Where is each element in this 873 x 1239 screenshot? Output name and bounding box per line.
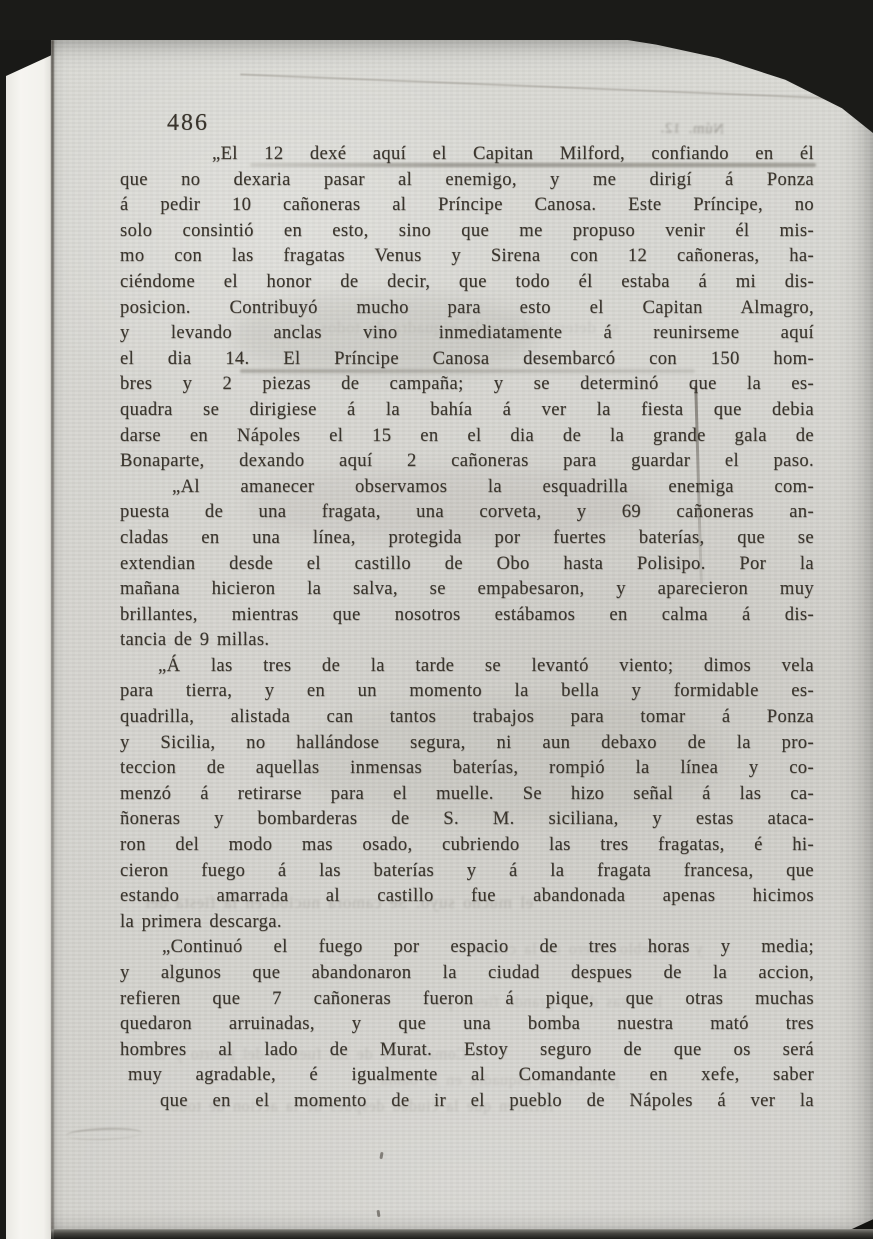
- text-line: y algunos que abandonaron la ciudad desp…: [120, 960, 814, 986]
- ghost-bleedthrough-text: para ver la esquadra en la bahía: [380, 1072, 619, 1090]
- text-line: solo consintió en esto, sino que me prop…: [120, 218, 814, 244]
- text-line: puesta de una fragata, una corveta, y 69…: [120, 499, 814, 525]
- text-line: para tierra, y en un momento la bella y …: [120, 678, 814, 704]
- ghost-bleedthrough-text: y el pueblo entero de la ciudad: [470, 941, 703, 959]
- text-line: ñoneras y bombarderas de S. M. siciliana…: [120, 806, 814, 832]
- page-number: 486: [167, 110, 209, 137]
- ghost-bleedthrough-text: refieren que la ciudad despues de la acc…: [170, 1098, 553, 1116]
- text-line: posicion. Contribuyó mucho para esto el …: [120, 295, 814, 321]
- page-stack-edge: [6, 54, 54, 1239]
- text-line: Bonaparte, dexando aquí 2 cañoneras para…: [120, 448, 814, 474]
- text-line: „Á las tres de la tarde se levantó vient…: [158, 653, 814, 679]
- ghost-bleedthrough-text: el mucho suyo. Se camora nucibo en la fi…: [145, 893, 533, 913]
- text-line: bres y 2 piezas de campaña; y se determi…: [120, 371, 814, 397]
- text-line: el dia 14. El Príncipe Canosa desembarcó…: [120, 346, 814, 372]
- scanner-background-top: [0, 0, 873, 40]
- ghost-bleedthrough-text: Núm. 12.: [660, 120, 724, 138]
- page-seam-line: [51, 40, 54, 1230]
- text-line: cladas en una línea, protegida por fuert…: [120, 525, 814, 551]
- text-line: tancia de 9 millas.: [120, 627, 814, 653]
- text-line: quadrilla, alistada can tantos trabajos …: [120, 704, 814, 730]
- scanned-book-page: 486 „El 12 dexé aquí el Capitan Milford,…: [0, 0, 873, 1239]
- text-line: brillantes, mientras que nosotros estába…: [120, 602, 814, 628]
- text-line: extendian desde el castillo de Obo hasta…: [120, 551, 814, 577]
- text-line: teccion de aquellas inmensas baterías, r…: [120, 755, 814, 781]
- text-line: darse en Nápoles el 15 en el dia de la g…: [120, 423, 814, 449]
- text-line: á pedir 10 cañoneras al Príncipe Canosa.…: [120, 192, 814, 218]
- text-line: quadra se dirigiese á la bahía á ver la …: [120, 397, 814, 423]
- text-line: ron del modo mas osado, cubriendo las tr…: [120, 832, 814, 858]
- text-line: cieron fuego á las baterías y á la fraga…: [120, 858, 814, 884]
- text-block: „El 12 dexé aquí el Capitan Milford, con…: [120, 141, 814, 1114]
- ghost-bleedthrough-text: se determinó que la esquadra de todos: [320, 318, 619, 338]
- ghost-bleedthrough-text: los dias de la grande fiesta por: [430, 994, 662, 1012]
- text-line: ciéndome el honor de decir, que todo él …: [120, 269, 814, 295]
- text-line: mañana hicieron la salva, se empabesaron…: [120, 576, 814, 602]
- text-line: y Sicilia, no hallándose segura, ni aun …: [120, 730, 814, 756]
- ghost-bleedthrough-text: el Comandante de las fuerzas del puerto …: [150, 1046, 487, 1064]
- page-bottom-edge-shadow: [51, 1229, 873, 1239]
- text-line: „El 12 dexé aquí el Capitan Milford, con…: [212, 141, 814, 167]
- text-line: mo con las fragatas Venus y Sirena con 1…: [120, 243, 814, 269]
- text-line: que no dexaria pasar al enemigo, y me di…: [120, 167, 814, 193]
- text-line: quedaron arruinadas, y que una bomba nue…: [120, 1011, 814, 1037]
- text-line: „Al amanecer observamos la esquadrilla e…: [172, 474, 814, 500]
- text-line: menzó á retirarse para el muelle. Se hiz…: [120, 781, 814, 807]
